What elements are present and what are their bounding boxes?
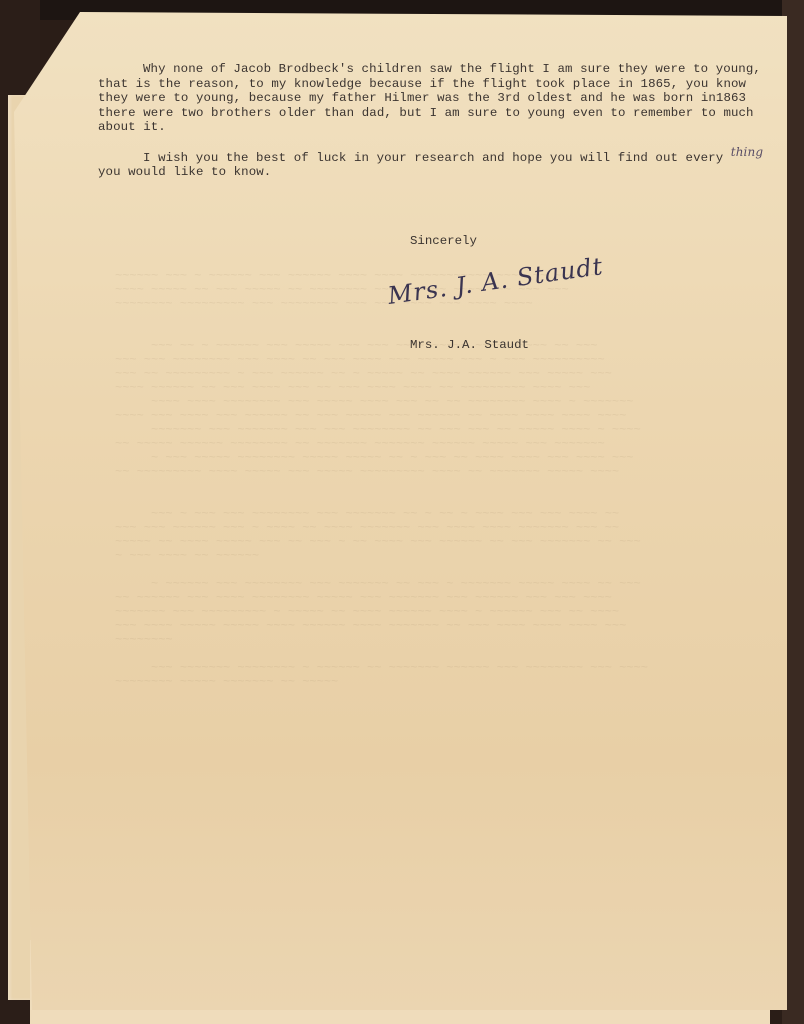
letter-body: Why none of Jacob Brodbeck's children sa… [98,62,778,180]
closing: Sincerely [410,234,477,248]
show-through-texture: ~~~~~~ ~~~ ~ ~~~~~~ ~~~ ~~~~~~ ~~~~ ~~~~… [115,255,745,689]
handwritten-insert: thing [731,145,763,159]
paragraph-1: Why none of Jacob Brodbeck's children sa… [98,62,778,135]
paragraph-1-line-2: that is the reason, to my knowledge beca… [98,77,746,91]
typed-name: Mrs. J.A. Staudt [410,338,529,352]
paragraph-2-line-1: I wish you the best of luck in your rese… [143,151,723,165]
paragraph-1-line-3: they were to young, because my father Hi… [98,91,746,105]
paragraph-1-line-4: there were two brothers older than dad, … [98,106,754,120]
paragraph-2: I wish you the best of luck in your rese… [98,150,778,180]
paragraph-1-line-1: Why none of Jacob Brodbeck's children sa… [143,62,761,76]
paragraph-1-line-5: about it. [98,120,166,134]
paragraph-2-line-2: you would like to know. [98,165,271,179]
